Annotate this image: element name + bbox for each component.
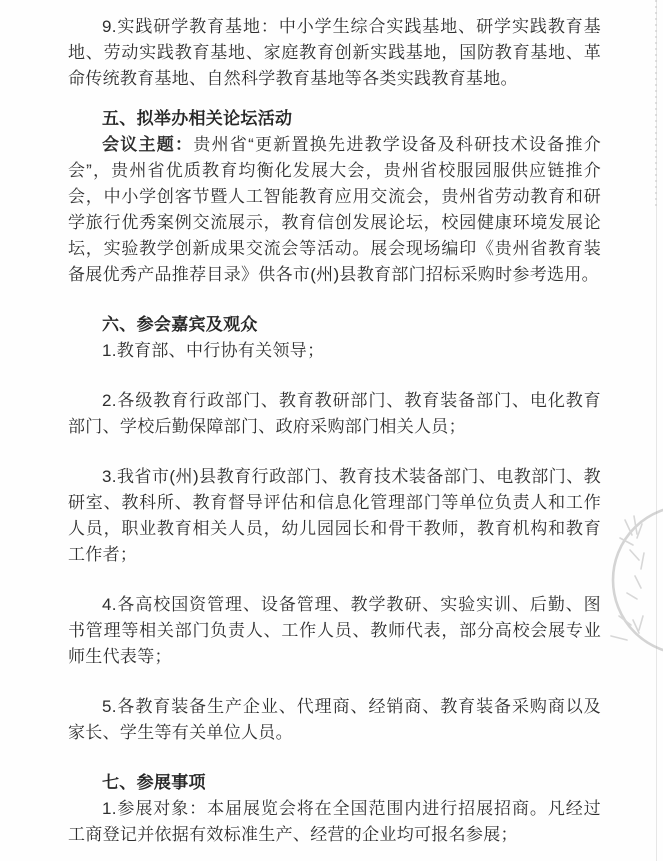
document-text-block: 9.实践研学教育基地：中小学生综合实践基地、研学实践教育基地、劳动实践教育基地、… bbox=[68, 14, 601, 848]
guest-item-4: 4.各高校国资管理、设备管理、教学教研、实验实训、后勤、图书管理等相关部门负责人… bbox=[68, 592, 601, 670]
section-heading-guests: 六、参会嘉宾及观众 bbox=[68, 312, 601, 338]
guest-item-5: 5.各教育装备生产企业、代理商、经销商、教育装备采购商以及家长、学生等有关单位人… bbox=[68, 694, 601, 746]
paragraph-practice-bases: 9.实践研学教育基地：中小学生综合实践基地、研学实践教育基地、劳动实践教育基地、… bbox=[68, 14, 601, 92]
forum-topics-text: 贵州省“更新置换先进教学设备及科研技术设备推介会”，贵州省优质教育均衡化发展大会… bbox=[68, 135, 601, 284]
paragraph-forum-topics: 会议主题：贵州省“更新置换先进教学设备及科研技术设备推介会”，贵州省优质教育均衡… bbox=[68, 132, 601, 288]
section-heading-exhibit: 七、参展事项 bbox=[68, 770, 601, 796]
scanned-document-page: 9.实践研学教育基地：中小学生综合实践基地、研学实践教育基地、劳动实践教育基地、… bbox=[0, 0, 663, 861]
forum-topics-label: 会议主题： bbox=[102, 135, 193, 154]
guest-item-3: 3.我省市(州)县教育行政部门、教育技术装备部门、电教部门、教研室、教科所、教育… bbox=[68, 464, 601, 568]
seal-stamp-fragment-icon bbox=[597, 498, 663, 668]
section-heading-forums: 五、拟举办相关论坛活动 bbox=[68, 106, 601, 132]
guest-item-2: 2.各级教育行政部门、教育教研部门、教育装备部门、电化教育部门、学校后勤保障部门… bbox=[68, 388, 601, 440]
scan-edge-dotted-line bbox=[655, 0, 657, 210]
exhibit-item-1: 1.参展对象：本届展览会将在全国范围内进行招展招商。凡经过工商登记并依据有效标准… bbox=[68, 796, 601, 848]
guest-item-1: 1.教育部、中行协有关领导； bbox=[68, 338, 601, 364]
